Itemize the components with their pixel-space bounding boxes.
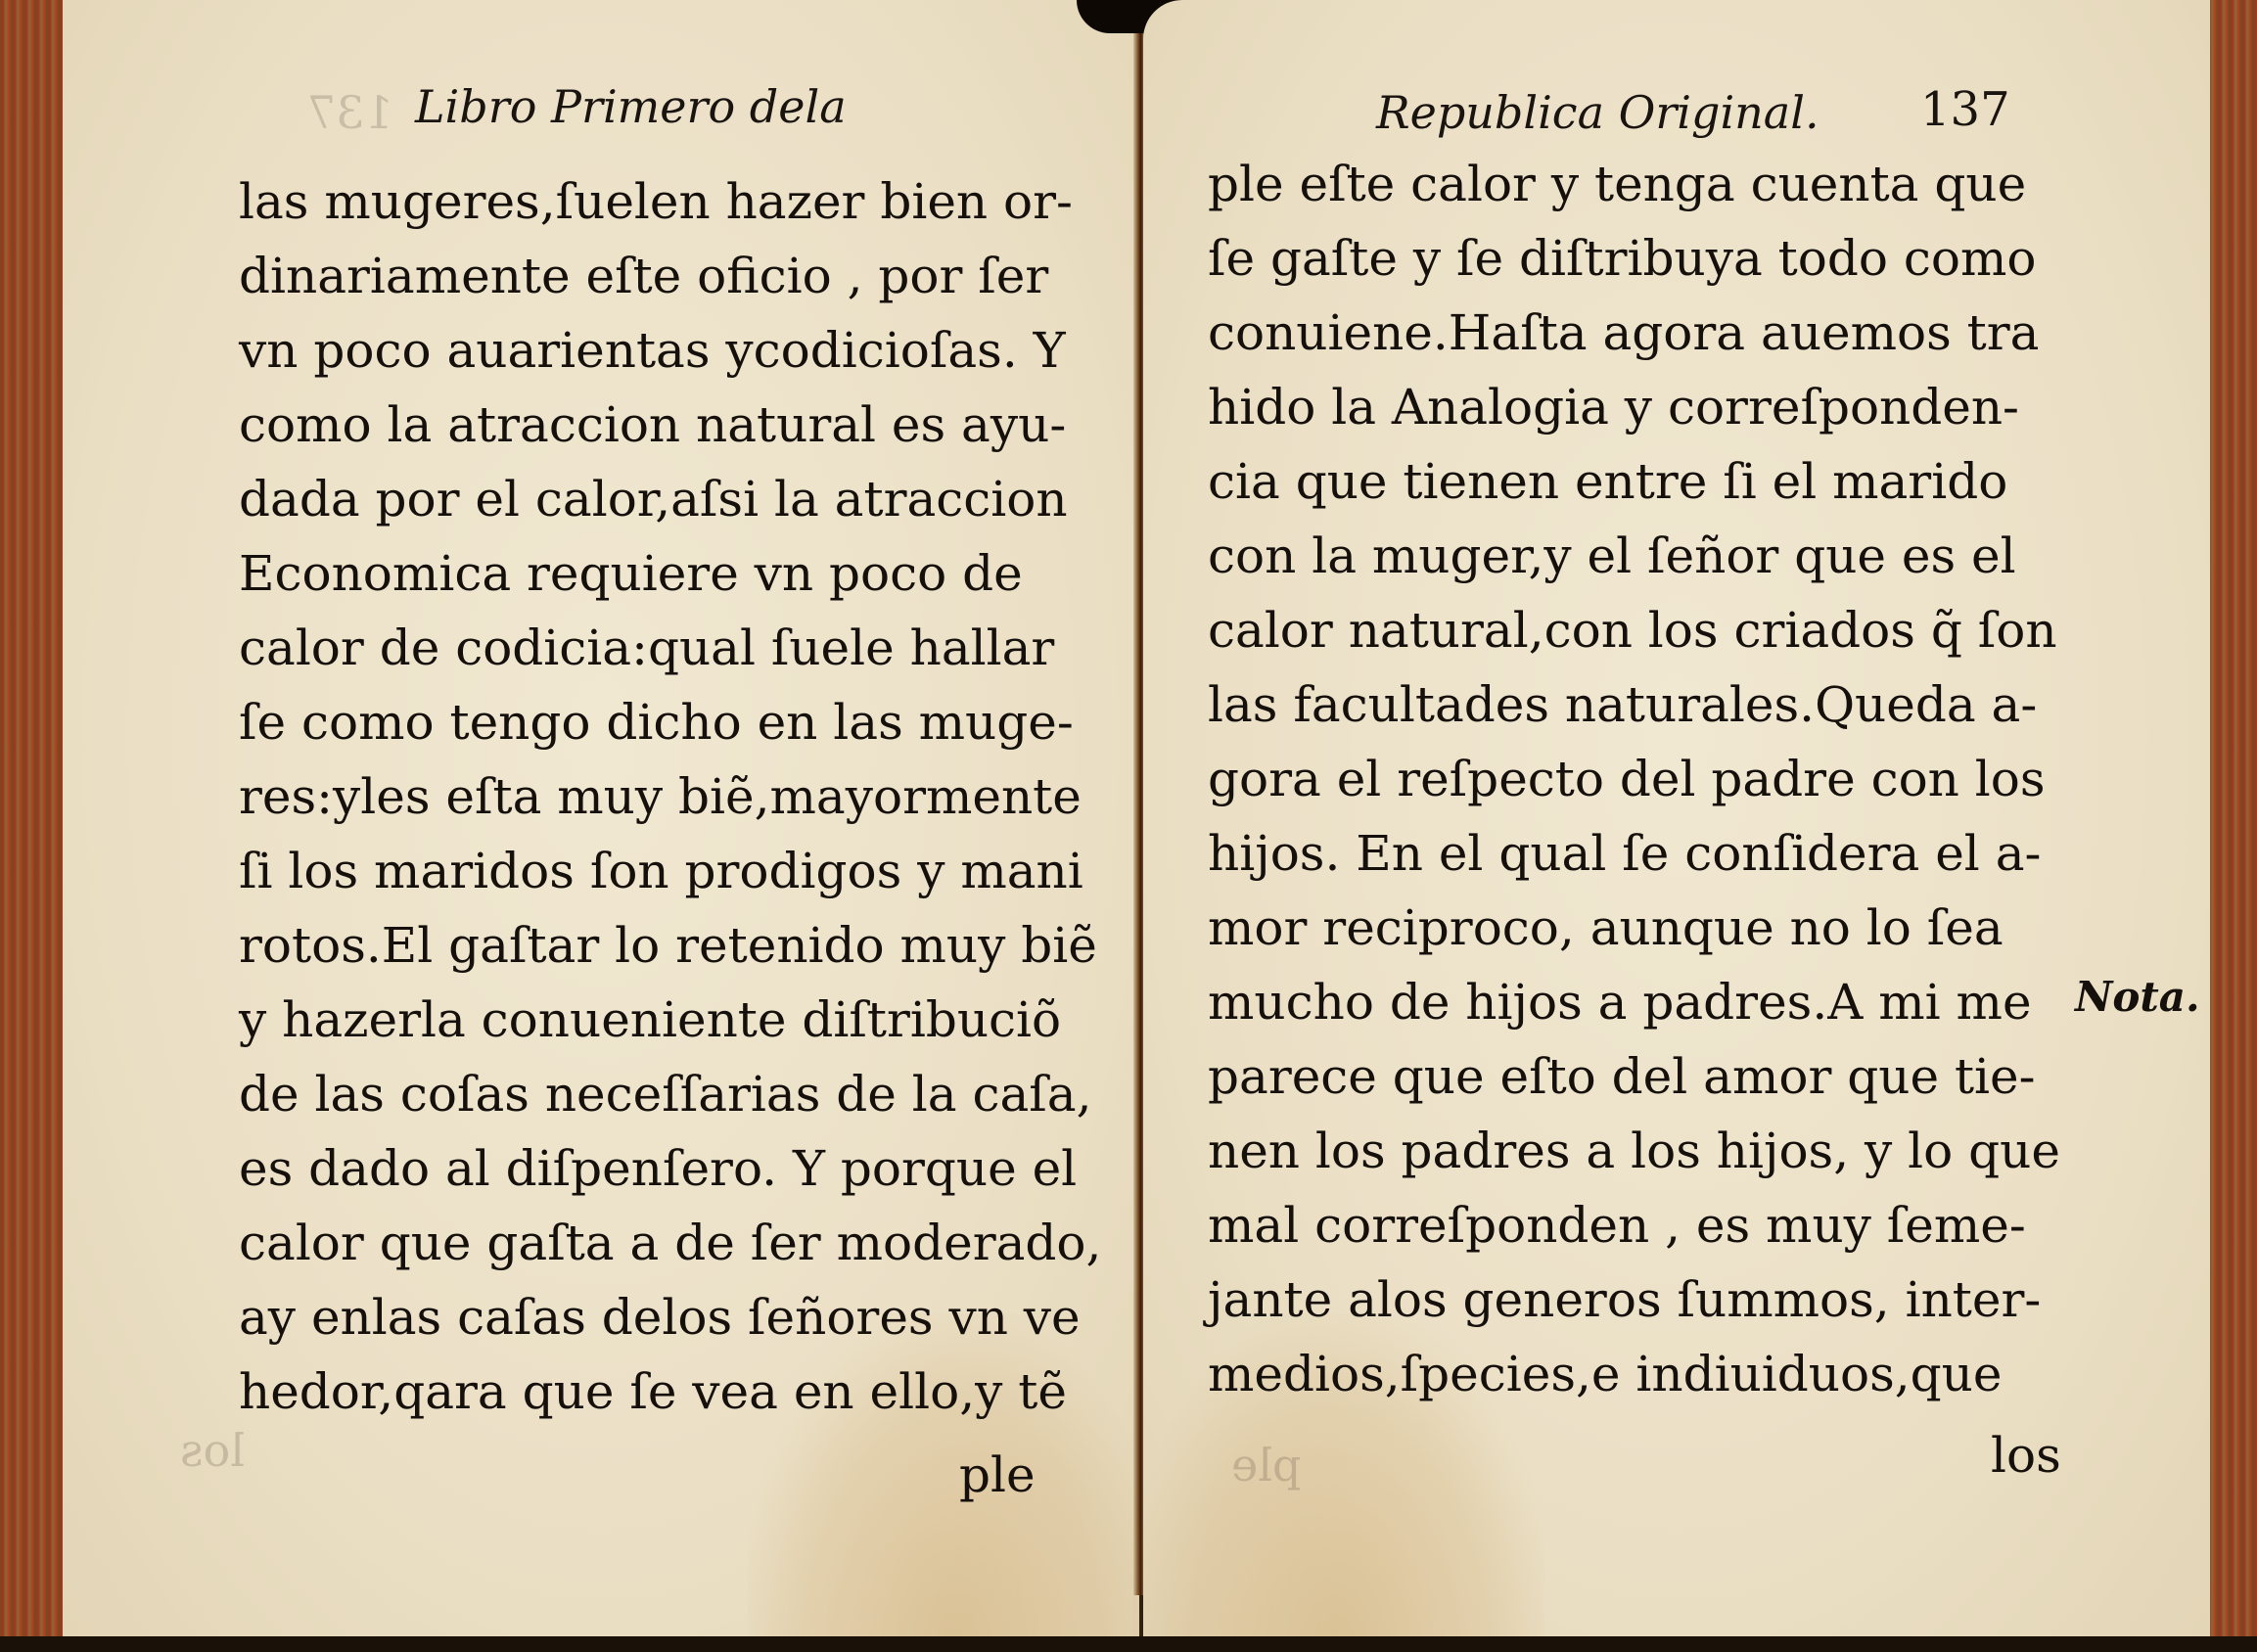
text-line: dada por el calor,aſsi la atraccion	[239, 462, 1101, 536]
text-line: parece que eſto del amor que tie-	[1208, 1039, 2060, 1114]
text-line: calor natural,con los criados q̃ ſon	[1208, 593, 2060, 667]
show-through-catchword: los	[180, 1424, 245, 1477]
text-line: jante alos generos ſummos, inter-	[1208, 1262, 2060, 1337]
catchword-left: ple	[959, 1446, 1036, 1503]
text-line: es dado al diſpenſero. Y porque el	[239, 1131, 1101, 1206]
text-line: hedor,qara que ſe vea en ello,y tẽ	[239, 1354, 1101, 1429]
text-line: mal correſponden , es muy ſeme-	[1208, 1188, 2060, 1262]
text-line: ple eſte calor y tenga cuenta que	[1208, 147, 2060, 221]
text-line: las facultades naturales.Queda a-	[1208, 667, 2060, 742]
left-page: 137 los Libro Primero dela las mugeres,ſ…	[63, 0, 1139, 1636]
text-line: nen los padres a los hijos, y lo que	[1208, 1114, 2060, 1188]
text-line: vn poco auarientas ycodicioſas. Y	[239, 313, 1101, 388]
marginal-note: Nota.	[2075, 973, 2200, 1021]
running-head-right: Republica Original.	[1376, 86, 1819, 139]
text-line: calor de codicia:qual ſuele hallar	[239, 611, 1101, 685]
catchword-right: los	[1991, 1427, 2061, 1484]
text-line: las mugeres,ſuelen hazer bien or-	[239, 164, 1101, 239]
right-page: ple Republica Original. 137 ple eſte cal…	[1143, 0, 2210, 1636]
right-page-body: ple eſte calor y tenga cuenta que ſe gaſ…	[1208, 147, 2060, 1411]
text-line: res:yles eſta muy biẽ,mayormente	[239, 759, 1101, 834]
text-line: Economica requiere vn poco de	[239, 536, 1101, 611]
left-page-body: las mugeres,ſuelen hazer bien or- dinari…	[239, 164, 1101, 1429]
text-line: con la muger,y el ſeñor que es el	[1208, 519, 2060, 593]
text-line: calor que gaſta a de ſer moderado,	[239, 1206, 1101, 1280]
text-line: conuiene.Haſta agora auemos tra	[1208, 296, 2060, 370]
text-line: ſi los maridos ſon prodigos y mani	[239, 834, 1101, 908]
show-through-page-number: 137	[307, 86, 393, 139]
show-through-catchword: ple	[1231, 1439, 1301, 1491]
text-line: ſe gaſte y ſe diſtribuya todo como	[1208, 221, 2060, 296]
text-line: medios,ſpecies,e indiuiduos,que	[1208, 1337, 2060, 1411]
text-line: ſe como tengo dicho en las muge-	[239, 685, 1101, 759]
text-line: mucho de hijos a padres.A mi me	[1208, 965, 2060, 1039]
text-line: mor reciproco, aunque no lo ſea	[1208, 891, 2060, 965]
text-line: gora el reſpecto del padre con los	[1208, 742, 2060, 816]
page-number: 137	[1920, 82, 2010, 137]
text-line: y hazerla conueniente diſtribuciõ	[239, 983, 1101, 1057]
text-line: de las coſas neceſſarias de la caſa,	[239, 1057, 1101, 1131]
text-line: dinariamente eſte oficio , por ſer	[239, 239, 1101, 313]
text-line: hido la Analogia y correſponden-	[1208, 370, 2060, 444]
text-line: como la atraccion natural es ayu-	[239, 388, 1101, 462]
text-line: hijos. En el qual ſe conſidera el a-	[1208, 816, 2060, 891]
right-page-edges	[2206, 0, 2257, 1636]
left-page-edges	[0, 0, 69, 1636]
text-line: rotos.El gaſtar lo retenido muy biẽ	[239, 908, 1101, 983]
running-head-left: Libro Primero dela	[415, 80, 847, 133]
open-book: 137 los Libro Primero dela las mugeres,ſ…	[0, 0, 2257, 1636]
text-line: cia que tienen entre ſi el marido	[1208, 444, 2060, 519]
text-line: ay enlas caſas delos ſeñores vn ve	[239, 1280, 1101, 1354]
